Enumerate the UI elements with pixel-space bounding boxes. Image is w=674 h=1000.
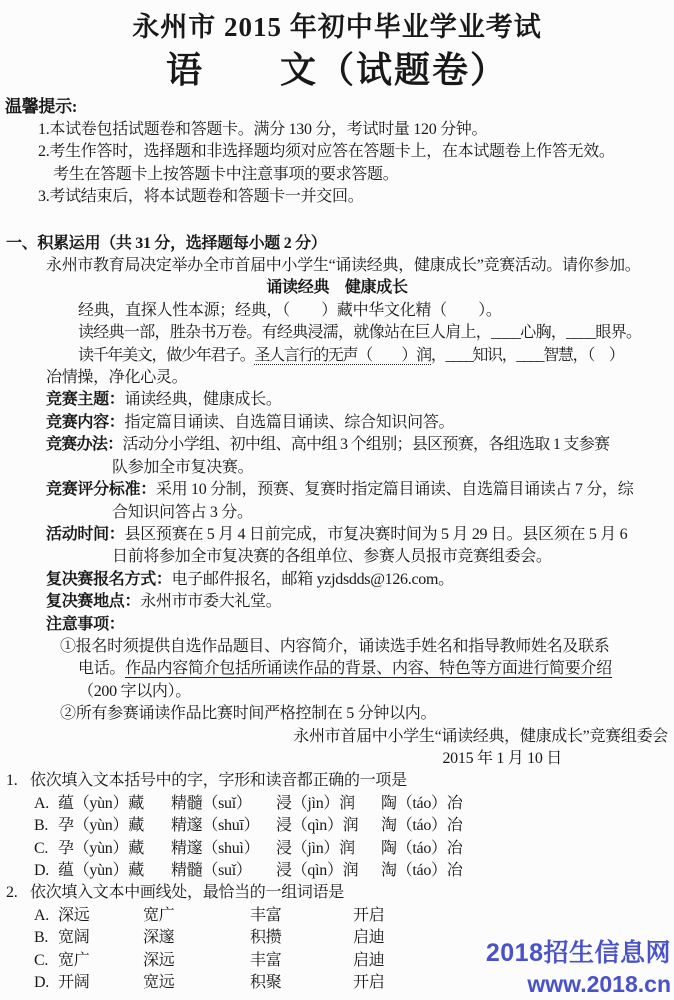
question-number: 1. <box>6 770 30 792</box>
question-2-option-row-a: A.深远宽广丰富开启 <box>34 905 674 927</box>
contest-info-venue: 复决赛地点：永州市市委大礼堂。 <box>0 591 674 613</box>
option-word: 积聚 <box>250 972 353 994</box>
notice-heading: 温馨提示: <box>0 95 674 119</box>
question-1-stem: 1.依次填入文本括号中的字，字形和读音都正确的一项是 <box>0 770 674 792</box>
option-letter: B. <box>34 815 58 837</box>
info-label: 竞赛主题： <box>46 391 125 408</box>
watermark: 2018招生信息网 www.2018.cn <box>486 938 671 999</box>
info-text: 采用 10 分制，预赛、复赛时指定篇目诵读、自选篇目诵读占 7 分，综 <box>156 481 634 498</box>
option-word: 陶（táo）冶 <box>381 838 674 860</box>
watermark-site-name: 2018招生信息网 <box>486 938 671 969</box>
paragraph-text: 读千年美文，做少年君子。 <box>78 347 254 364</box>
dotted-underlined-phrase: 圣人言行的无声（ ）润 <box>254 347 430 365</box>
note-1-line-1: ①报名时须提供自选作品题目、内容简介，诵读选手姓名和指导教师姓名及联系 <box>0 636 674 658</box>
solid-underlined-phrase: 作品内容简介包括所诵读作品的背景、内容、特色等方面进行简要介绍 <box>125 660 612 678</box>
option-letter: A. <box>34 793 58 815</box>
contest-info-schedule-cont: 日前将参加全市复决赛的各组单位、参赛人员报市竞赛组委会。 <box>0 546 674 568</box>
option-letter: D. <box>34 972 58 994</box>
option-word: 宽阔 <box>58 927 143 949</box>
note-1-line-2: 电话。作品内容简介包括所诵读作品的背景、内容、特色等方面进行简要介绍 <box>0 658 674 680</box>
question-1-option-row-d: D.蕴（yùn）藏精髓（suǐ）浸（qìn）润淘（táo）冶 <box>34 860 674 882</box>
notice-line-1: 1.本试卷包括试题卷和答题卡。满分 130 分，考试时量 120 分钟。 <box>0 119 674 141</box>
question-1-option-row-a: A.蕴（yùn）藏精髓（suǐ）浸（jìn）润陶（táo）冶 <box>34 793 674 815</box>
info-text: 诵读经典，健康成长。 <box>125 391 282 408</box>
contest-info-scoring: 竞赛评分标准：采用 10 分制，预赛、复赛时指定篇目诵读、自选篇目诵读占 7 分… <box>0 479 674 501</box>
option-word: 积攒 <box>250 927 353 949</box>
notes-heading: 注意事项： <box>0 614 674 636</box>
poster-paragraph-1: 经典，直探人性本源；经典，（ ）藏中华文化精（ ）。 <box>0 300 674 322</box>
contest-info-schedule: 活动时间：县区预赛在 5 月 4 日前完成，市复决赛时间为 5 月 29 日。县… <box>0 524 674 546</box>
question-1-option-row-b: B.孕（yùn）藏精邃（shuī）浸（qìn）润淘（táo）冶 <box>34 815 674 837</box>
info-text: 电子邮件报名，邮箱 yzjdsdds@126.com。 <box>172 571 454 588</box>
question-2-stem: 2.依次填入文本中画线处，最恰当的一组词语是 <box>0 882 674 904</box>
option-letter: C. <box>34 838 58 860</box>
info-label: 竞赛内容： <box>46 414 125 431</box>
notice-line-2-cont: 考生在答题卡上按答题卡中注意事项的要求答题。 <box>0 164 674 186</box>
option-letter: D. <box>34 860 58 882</box>
contest-info-method-cont: 队参加全市复决赛。 <box>0 457 674 479</box>
option-letter: A. <box>34 905 58 927</box>
info-text: 永州市市委大礼堂。 <box>140 593 281 610</box>
option-word: 蕴（yùn）藏 <box>58 860 171 882</box>
question-stem-text: 依次填入文本括号中的字，字形和读音都正确的一项是 <box>30 772 407 789</box>
option-word: 深远 <box>58 905 143 927</box>
option-word: 浸（jìn）润 <box>276 793 381 815</box>
notice-line-3: 3.考试结束后，将本试题卷和答题卡一并交回。 <box>0 186 674 208</box>
option-word: 深邃 <box>143 927 250 949</box>
info-text: 活动分小学组、初中组、高中组 3 个组别；县区预赛，各组选取 1 支参赛 <box>123 436 610 453</box>
notice-line-2: 2.考生作答时，选择题和非选择题均须对应答在答题卡上，在本试题卷上作答无效。 <box>0 141 674 163</box>
section-heading: 一、积累运用（共 31 分，选择题每小题 2 分） <box>0 233 674 255</box>
option-word: 浸（qìn）润 <box>276 815 381 837</box>
option-word: 深远 <box>143 950 250 972</box>
contest-info-method: 竞赛办法：活动分小学组、初中组、高中组 3 个组别；县区预赛，各组选取 1 支参… <box>0 434 674 456</box>
poster-paragraph-3: 读千年美文，做少年君子。圣人言行的无声（ ）润，____知识，____智慧，（ … <box>0 345 674 367</box>
contest-info-registration: 复决赛报名方式：电子邮件报名，邮箱 yzjdsdds@126.com。 <box>0 569 674 591</box>
info-text: 指定篇目诵读、自选篇目诵读、综合知识问答。 <box>125 414 455 431</box>
option-word: 精髓（suǐ） <box>171 793 276 815</box>
option-word: 浸（jìn）润 <box>276 838 381 860</box>
option-word: 精邃（shuī） <box>171 815 276 837</box>
question-stem-text: 依次填入文本中画线处，最恰当的一组词语是 <box>30 884 344 901</box>
option-word: 浸（qìn）润 <box>276 860 381 882</box>
contest-info-theme: 竞赛主题：诵读经典，健康成长。 <box>0 389 674 411</box>
option-word: 丰富 <box>250 950 353 972</box>
info-label: 竞赛评分标准： <box>46 481 156 498</box>
exam-title: 永州市 2015 年初中毕业学业考试 <box>0 0 674 45</box>
section-intro: 永州市教育局决定举办全市首届中小学生“诵读经典，健康成长”竞赛活动。请你参加。 <box>0 255 674 277</box>
question-number: 2. <box>6 882 30 904</box>
poster-title: 诵读经典 健康成长 <box>0 277 674 299</box>
option-word: 孕（yùn）藏 <box>58 815 171 837</box>
info-label: 活动时间： <box>46 526 125 543</box>
option-word: 开启 <box>353 905 674 927</box>
option-word: 宽远 <box>143 972 250 994</box>
subject-title: 语 文（试题卷） <box>0 45 674 95</box>
option-word: 精邃（shuì） <box>171 838 276 860</box>
info-label: 复决赛报名方式： <box>46 571 172 588</box>
contest-info-scoring-cont: 合知识问答占 3 分。 <box>0 502 674 524</box>
option-word: 宽广 <box>143 905 250 927</box>
option-letter: B. <box>34 927 58 949</box>
note-text: 电话。 <box>78 660 125 677</box>
poster-paragraph-3-cont: 冶情操，净化心灵。 <box>0 367 674 389</box>
contest-info-content: 竞赛内容：指定篇目诵读、自选篇目诵读、综合知识问答。 <box>0 412 674 434</box>
info-label: 竞赛办法： <box>46 436 123 453</box>
info-text: 县区预赛在 5 月 4 日前完成，市复决赛时间为 5 月 29 日。县区须在 5… <box>125 526 628 543</box>
note-1-line-3: （200 字以内）。 <box>0 681 674 703</box>
watermark-url: www.2018.cn <box>486 969 671 999</box>
note-2: ②所有参赛诵读作品比赛时间严格控制在 5 分钟以内。 <box>0 703 674 725</box>
exam-paper-page: 永州市 2015 年初中毕业学业考试 语 文（试题卷） 温馨提示: 1.本试卷包… <box>0 0 674 1000</box>
option-word: 开阔 <box>58 972 143 994</box>
option-word: 陶（táo）冶 <box>381 793 674 815</box>
option-word: 淘（táo）冶 <box>381 860 674 882</box>
option-word: 孕（yùn）藏 <box>58 838 171 860</box>
option-word: 丰富 <box>250 905 353 927</box>
option-word: 精髓（suǐ） <box>171 860 276 882</box>
signature-line: 永州市首届中小学生“诵读经典，健康成长”竞赛组委会 <box>0 726 674 748</box>
info-label: 复决赛地点： <box>46 593 140 610</box>
question-1-option-row-c: C.孕（yùn）藏精邃（shuì）浸（jìn）润陶（táo）冶 <box>34 838 674 860</box>
option-word: 蕴（yùn）藏 <box>58 793 171 815</box>
paragraph-text: ，____知识，____智慧，（ ） <box>431 347 624 364</box>
poster-paragraph-2: 读经典一部，胜杂书万卷。有经典浸濡，就像站在巨人肩上，____心胸，____眼界… <box>0 322 674 344</box>
date-line: 2015 年 1 月 10 日 <box>0 748 674 770</box>
option-word: 淘（táo）冶 <box>381 815 674 837</box>
option-word: 宽广 <box>58 950 143 972</box>
option-letter: C. <box>34 950 58 972</box>
